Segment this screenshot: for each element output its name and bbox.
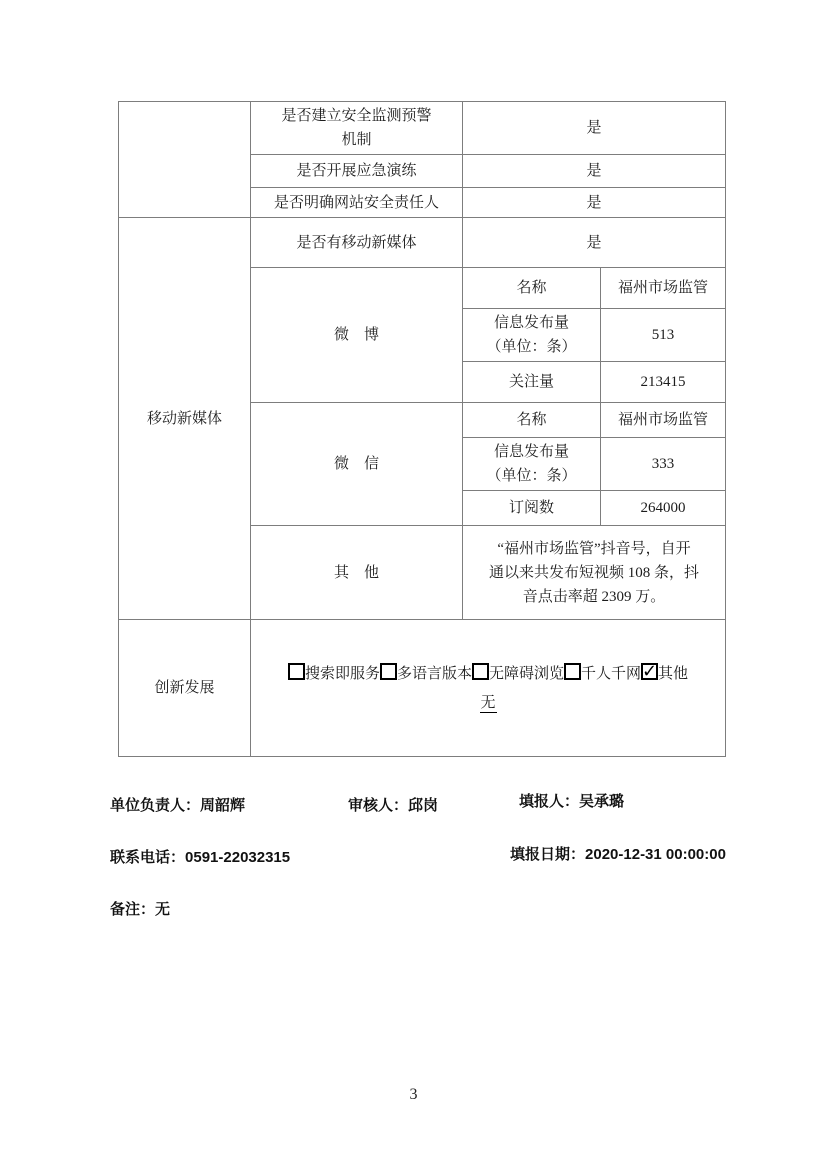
checkbox-option: 其他: [641, 666, 688, 682]
row-label: 是否建立安全监测预警 机制: [251, 102, 463, 155]
checkbox-label: 多语言版本: [397, 666, 472, 682]
row-value: 264000: [601, 491, 726, 526]
checkbox-unchecked-icon: [564, 663, 581, 680]
phone-field: 联系电话：0591-22032315: [110, 846, 290, 867]
filler-value: 吴承璐: [579, 793, 624, 810]
row-value: “福州市场监管”抖音号，自开 通以来共发布短视频 108 条，抖 音点击率超 2…: [463, 526, 726, 620]
row-label: 是否有移动新媒体: [251, 218, 463, 268]
checkbox-option: 多语言版本: [380, 666, 472, 682]
row-value: 福州市场监管: [601, 268, 726, 309]
checkbox-checked-icon: [641, 663, 658, 680]
row-label: 是否开展应急演练: [251, 155, 463, 188]
reviewer-label: 审核人：: [348, 797, 408, 814]
unit-head-value: 周韶辉: [200, 797, 245, 814]
row-label: 订阅数: [463, 491, 601, 526]
checkbox-label: 千人千网: [581, 666, 641, 682]
checkbox-option: 千人千网: [564, 666, 641, 682]
group-label-innovation: 创新发展: [119, 620, 251, 757]
reviewer-field: 审核人：邱岗: [348, 794, 438, 815]
checkbox-option: 搜索即服务: [288, 666, 380, 682]
fill-date-field: 填报日期：2020-12-31 00:00:00: [510, 843, 726, 864]
document-page: { "table": { "security_rows": [ { "label…: [0, 0, 827, 1170]
innovation-other-value: 无: [480, 694, 497, 713]
report-table: 是否建立安全监测预警 机制 是 是否开展应急演练 是 是否明确网站安全责任人 是…: [118, 101, 726, 757]
row-value: 福州市场监管: [601, 403, 726, 438]
subgroup-label-other: 其 他: [251, 526, 463, 620]
subgroup-label-wechat: 微 信: [251, 403, 463, 526]
row-label: 名称: [463, 403, 601, 438]
row-value: 是: [463, 102, 726, 155]
checkbox-label: 搜索即服务: [305, 666, 380, 682]
checkbox-label: 其他: [658, 666, 688, 682]
checkbox-unchecked-icon: [472, 663, 489, 680]
subgroup-label-weibo: 微 博: [251, 268, 463, 403]
checkbox-option: 无障碍浏览: [472, 666, 564, 682]
fill-date-label: 填报日期：: [510, 846, 585, 863]
fill-date-value: 2020-12-31 00:00:00: [585, 846, 726, 863]
note-label: 备注：: [110, 901, 155, 918]
row-value: 是: [463, 218, 726, 268]
unit-head-field: 单位负责人：周韶辉: [110, 794, 245, 815]
innovation-options-line: 搜索即服务多语言版本无障碍浏览千人千网其他: [255, 662, 721, 686]
phone-label: 联系电话：: [110, 849, 185, 866]
empty-group-cell: [119, 102, 251, 218]
innovation-options-cell: 搜索即服务多语言版本无障碍浏览千人千网其他 无: [251, 620, 726, 757]
reviewer-value: 邱岗: [408, 797, 438, 814]
innovation-other-line: 无: [255, 686, 721, 715]
phone-value: 0591-22032315: [185, 849, 290, 866]
note-value: 无: [155, 901, 170, 918]
checkbox-unchecked-icon: [380, 663, 397, 680]
note-field: 备注：无: [110, 898, 170, 919]
filler-label: 填报人：: [519, 793, 579, 810]
row-label: 是否明确网站安全责任人: [251, 188, 463, 218]
unit-head-label: 单位负责人：: [110, 797, 200, 814]
page-number: 3: [0, 1086, 827, 1104]
row-label: 信息发布量 （单位：条）: [463, 438, 601, 491]
checkbox-label: 无障碍浏览: [489, 666, 564, 682]
row-label: 关注量: [463, 362, 601, 403]
checkbox-unchecked-icon: [288, 663, 305, 680]
row-label: 信息发布量 （单位：条）: [463, 309, 601, 362]
filler-field: 填报人：吴承璐: [519, 790, 624, 811]
group-label-mobile-media: 移动新媒体: [119, 218, 251, 620]
row-value: 513: [601, 309, 726, 362]
row-value: 333: [601, 438, 726, 491]
row-value: 213415: [601, 362, 726, 403]
row-value: 是: [463, 155, 726, 188]
row-value: 是: [463, 188, 726, 218]
row-label: 名称: [463, 268, 601, 309]
